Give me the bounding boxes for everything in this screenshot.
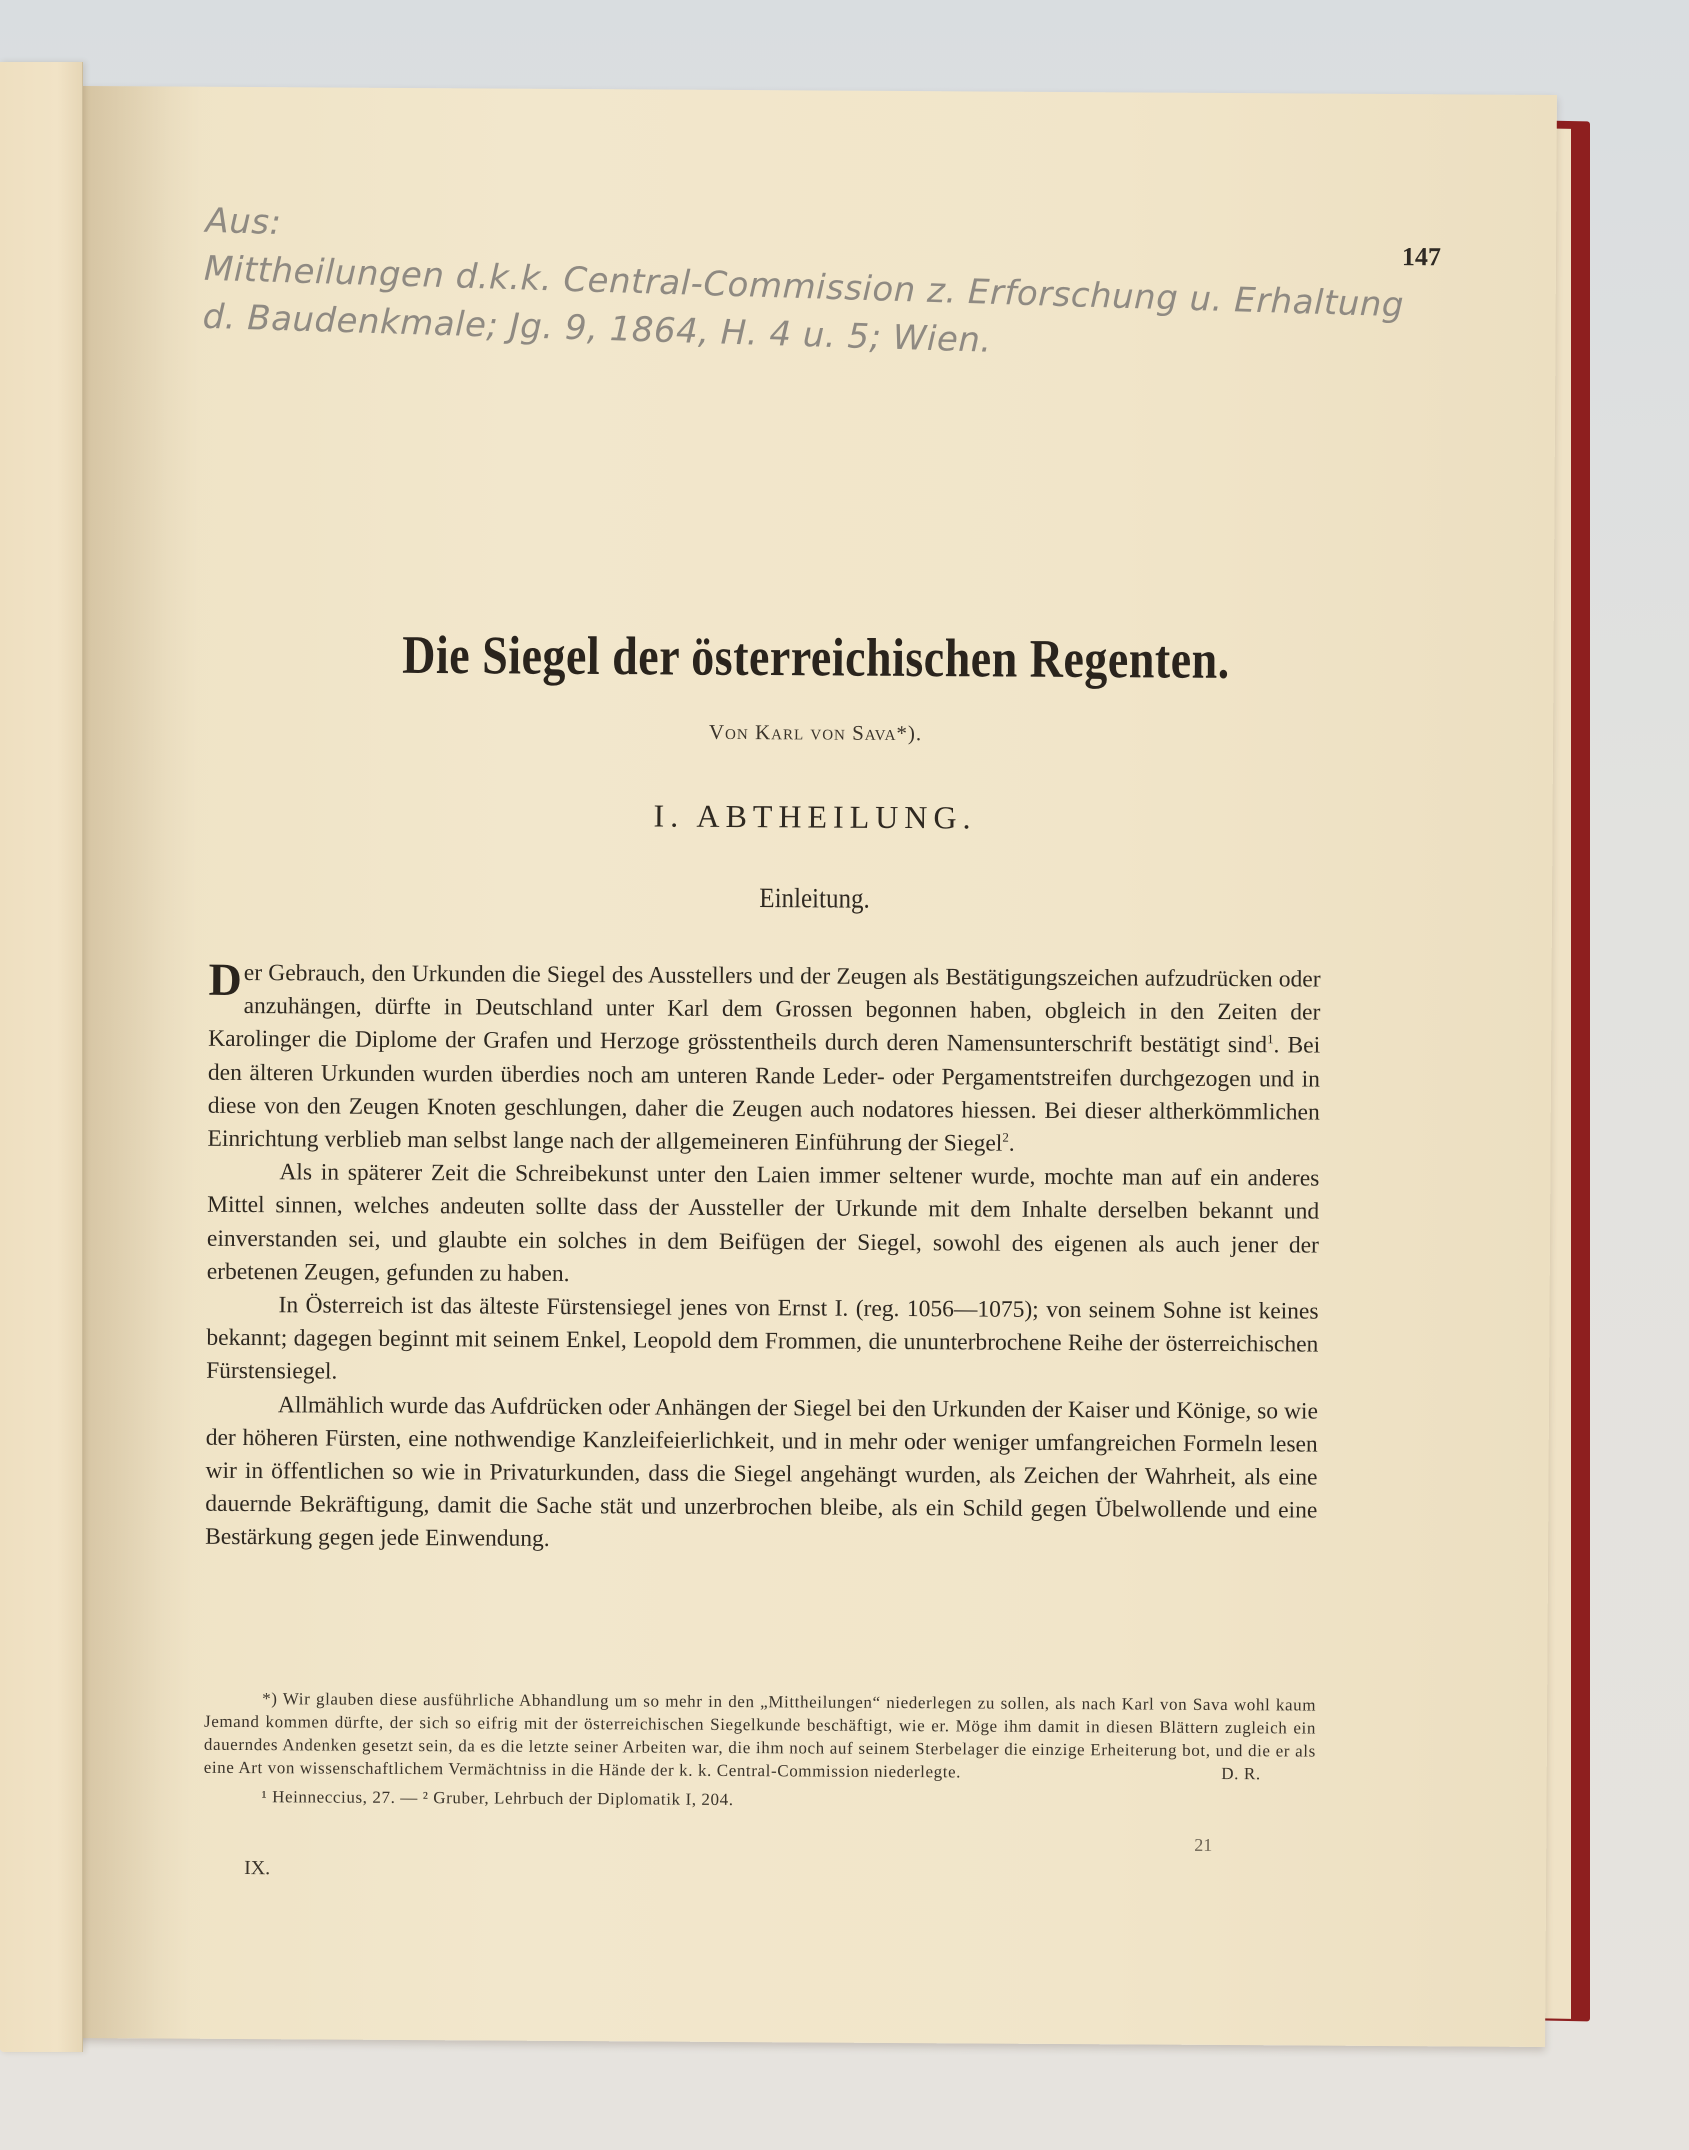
footnotes: *) Wir glauben diese ausführliche Abhand… bbox=[203, 1687, 1316, 1815]
pencil-source-note: Aus: Mittheilungen d.k.k. Central-Commis… bbox=[202, 197, 1436, 378]
paragraph-1-text-a: er Gebrauch, den Urkunden die Siegel des… bbox=[208, 960, 1321, 1059]
author-byline: Von Karl von Sava*). bbox=[78, 716, 1553, 750]
drop-cap: D bbox=[208, 965, 241, 995]
subsection-heading: Einleitung. bbox=[77, 879, 1552, 919]
sheet-number: 21 bbox=[1194, 1835, 1212, 1856]
paragraph-1-end: . bbox=[1009, 1131, 1015, 1157]
article-title: Die Siegel der österreichischen Regenten… bbox=[78, 621, 1553, 693]
left-facing-page bbox=[0, 62, 83, 2052]
footnote-references: ¹ Heinneccius, 27. — ² Gruber, Lehrbuch … bbox=[203, 1785, 1315, 1815]
page-number: 147 bbox=[1402, 242, 1441, 272]
paragraph-1: Der Gebrauch, den Urkunden die Siegel de… bbox=[207, 957, 1320, 1163]
section-heading: I. ABTHEILUNG. bbox=[77, 794, 1552, 840]
book-page: Aus: Mittheilungen d.k.k. Central-Commis… bbox=[70, 86, 1557, 2047]
signature-mark: IX. bbox=[244, 1857, 270, 1880]
paragraph-2: Als in späterer Zeit die Schreibekunst u… bbox=[207, 1156, 1320, 1296]
paragraph-3: In Österreich ist das älteste Fürstensie… bbox=[206, 1289, 1319, 1395]
body-text: Der Gebrauch, den Urkunden die Siegel de… bbox=[205, 957, 1321, 1561]
paragraph-4: Allmählich wurde das Aufdrücken oder Anh… bbox=[205, 1388, 1318, 1561]
